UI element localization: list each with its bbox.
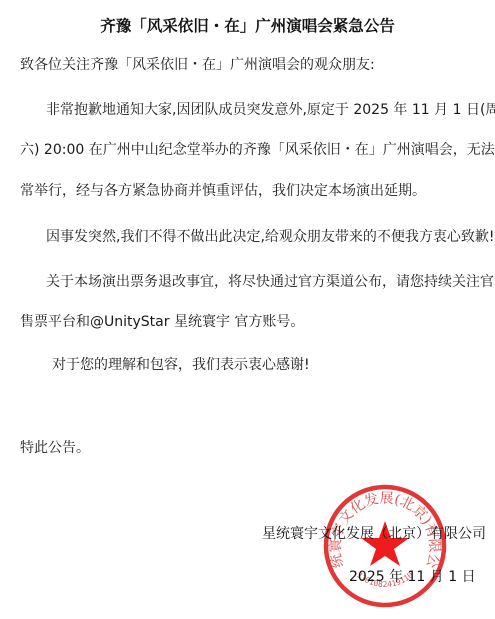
closing-text: 特此公告。	[20, 439, 90, 457]
paragraph-3-line-2: 售票平台和@UnityStar 星统寰宇 官方账号。	[20, 313, 304, 331]
seal-stamp-icon: 星统寰宇文化发展(北京)有限公司 1101082419110	[322, 483, 448, 609]
paragraph-2-line-1: 因事发突然,我们不得不做出此决定,给观众朋友带来的不便我方衷心致歉!	[46, 228, 495, 246]
paragraph-1-line-2: 六) 20:00 在广州中山纪念堂举办的齐豫「风采依旧・在」广州演唱会，无法正	[20, 141, 495, 159]
signature-date: 2025 年 11 月 1 日	[349, 568, 476, 586]
signature-company: 星统寰宇文化发展（北京）有限公司	[262, 525, 486, 543]
page-title: 齐豫「风采依旧・在」广州演唱会紧急公告	[0, 16, 495, 36]
official-seal: 星统寰宇文化发展(北京)有限公司 1101082419110	[322, 483, 448, 609]
greeting: 致各位关注齐豫「风采依旧・在」广州演唱会的观众朋友:	[20, 56, 375, 74]
paragraph-1-line-1: 非常抱歉地通知大家,因团队成员突发意外,原定于 2025 年 11 月 1 日(…	[46, 101, 495, 119]
paragraph-4-line-1: 对于您的理解和包容，我们表示衷心感谢!	[52, 356, 310, 374]
paragraph-1-line-3: 常举行，经与各方紧急协商并慎重评估，我们决定本场演出延期。	[20, 182, 426, 200]
paragraph-3-line-1: 关于本场演出票务退改事宜，将尽快通过官方渠道公布，请您持续关注官方	[46, 273, 495, 291]
